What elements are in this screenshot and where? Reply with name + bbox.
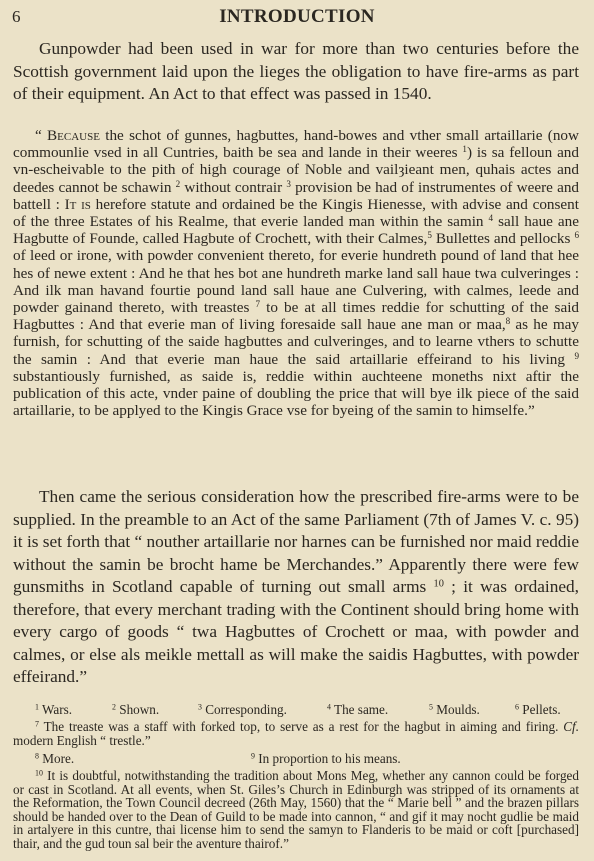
footnote-text: modern English “ trestle.” <box>13 733 151 748</box>
running-title: INTRODUCTION <box>12 6 582 28</box>
footnote-text: Moulds. <box>433 702 480 717</box>
footnote-text: Shown. <box>116 702 159 717</box>
footnote-text: Corresponding. <box>202 702 287 717</box>
quote-text: Bullettes and pellocks <box>432 230 575 247</box>
footnote-6: 6 Pellets. <box>515 703 561 717</box>
intro-paragraph: Gunpowder had been used in war for more … <box>13 38 579 106</box>
footnote-4: 4 The same. <box>327 703 388 717</box>
footnote-8: 8 More. <box>35 752 74 766</box>
footnote-2: 2 Shown. <box>112 703 159 717</box>
book-page: 6 INTRODUCTION Gunpowder had been used i… <box>0 0 594 861</box>
quote-text: without contrair <box>180 179 286 196</box>
footnote-ref: 10 <box>434 578 444 589</box>
footnote-5: 5 Moulds. <box>429 703 480 717</box>
footnote-10: 10 It is doubtful, notwithstanding the t… <box>13 769 579 850</box>
footnote-ref: 6 <box>574 230 579 240</box>
footnote-text: The same. <box>331 702 388 717</box>
footnote-1: 1 Wars. <box>35 703 72 717</box>
footnote-3: 3 Corresponding. <box>198 703 287 717</box>
footnote-abbrev: Cf. <box>563 719 579 734</box>
footnotes-row-3: 8 More. 9 In proportion to his means. <box>13 752 579 766</box>
quote-lead-word: Because <box>47 127 100 144</box>
page-header: 6 INTRODUCTION <box>12 6 582 32</box>
quote-lead-word: It is <box>65 196 91 213</box>
footnote-text: More. <box>39 751 74 766</box>
footnote-9: 9 In proportion to his means. <box>251 752 401 766</box>
footnote-text: Wars. <box>39 702 72 717</box>
footnote-text: Pellets. <box>519 702 561 717</box>
footnote-text: It is doubtful, notwithstanding the trad… <box>13 768 579 851</box>
quote-text: substantiously furnished, as saide is, r… <box>13 368 579 419</box>
act-quotation: “ Because the schot of gunnes, hagbuttes… <box>13 127 579 419</box>
supply-paragraph: Then came the serious consideration how … <box>13 486 579 689</box>
footnote-ref: 9 <box>574 351 579 361</box>
open-quote: “ <box>35 127 47 144</box>
footnote-text: In proportion to his means. <box>255 751 401 766</box>
footnote-7: 7 The treaste was a staff with forked to… <box>13 720 579 747</box>
footnotes-row-1: 1 Wars. 2 Shown. 3 Corresponding. 4 The … <box>13 703 579 717</box>
footnote-number: 10 <box>35 769 43 778</box>
